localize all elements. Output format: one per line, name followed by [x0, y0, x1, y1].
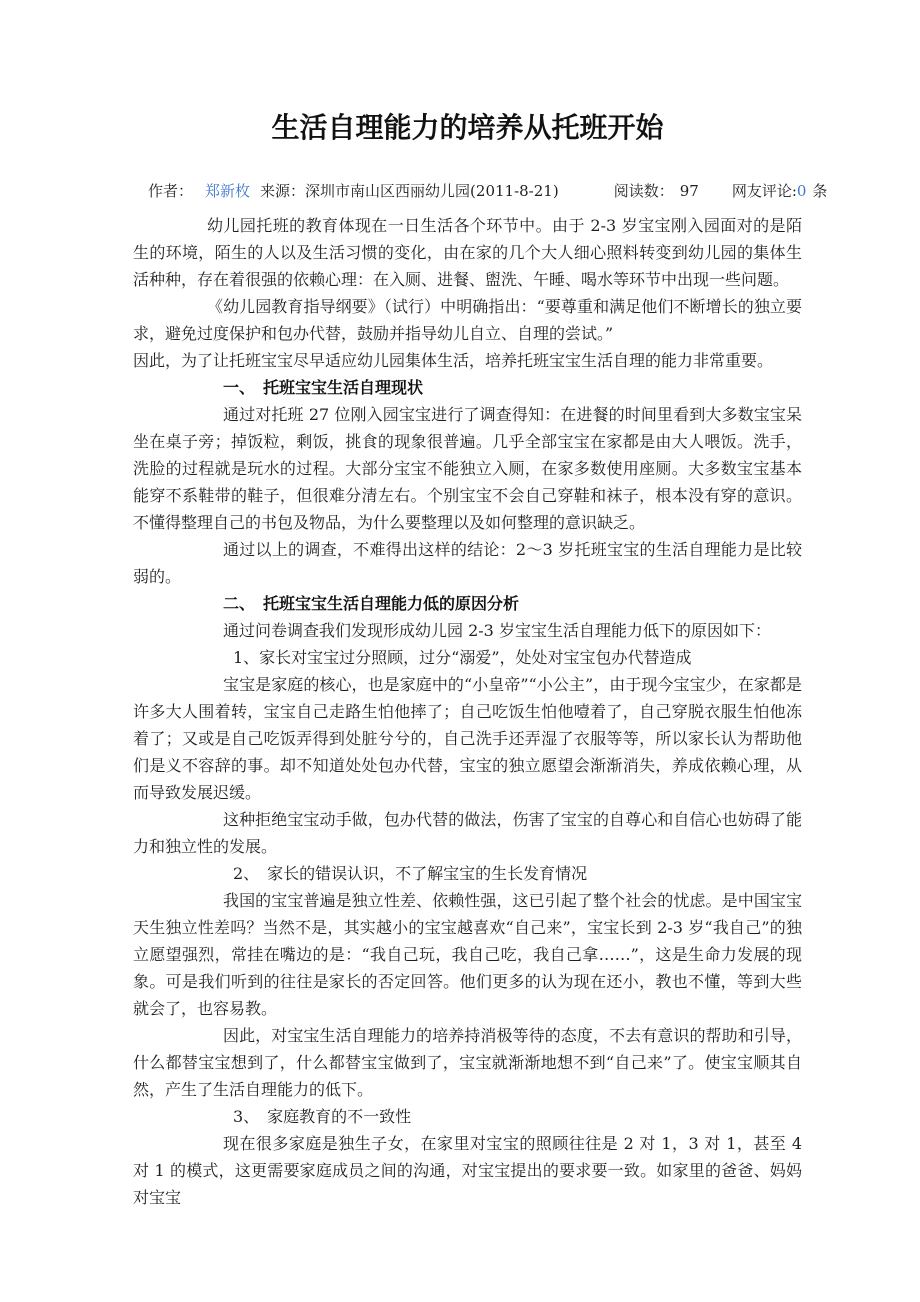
comments-unit: 条	[812, 182, 827, 200]
article-body: 幼儿园托班的教育体现在一日生活各个环节中。由于 2-3 岁宝宝刚入园面对的是陌生…	[133, 212, 802, 1211]
paragraph-survey-findings: 通过对托班 27 位刚入园宝宝进行了调查得知：在进餐的时间里看到大多数宝宝呆坐在…	[133, 401, 802, 536]
author-name-link[interactable]: 郑新枚	[205, 182, 250, 200]
subheading-reason-2: 2、 家长的错误认识，不了解宝宝的生长发育情况	[133, 860, 802, 887]
paragraph-intro: 幼儿园托班的教育体现在一日生活各个环节中。由于 2-3 岁宝宝刚入园面对的是陌生…	[133, 212, 802, 293]
source-value: 深圳市南山区西丽幼儿园(2011-8-21)	[305, 182, 559, 200]
reads-label: 阅读数：	[614, 182, 674, 200]
paragraph-questionnaire-intro: 通过问卷调查我们发现形成幼儿园 2-3 岁宝宝生活自理能力低下的原因如下：	[133, 617, 802, 644]
paragraph-importance: 因此，为了让托班宝宝尽早适应幼儿园集体生活，培养托班宝宝生活自理的能力非常重要。	[133, 347, 802, 374]
document-title: 生活自理能力的培养从托班开始	[133, 108, 802, 148]
comments-count-link[interactable]: 0	[797, 182, 807, 200]
section-heading-2: 二、 托班宝宝生活自理能力低的原因分析	[133, 590, 802, 617]
paragraph-reason-1-harm: 这种拒绝宝宝动手做，包办代替的做法，伤害了宝宝的自尊心和自信心也妨碍了能力和独立…	[133, 806, 802, 860]
paragraph-reason-1-detail: 宝宝是家庭的核心，也是家庭中的“小皇帝”“小公主”，由于现今宝宝少，在家都是许多…	[133, 671, 802, 806]
subheading-reason-3: 3、 家庭教育的不一致性	[133, 1103, 802, 1130]
paragraph-reason-3-detail: 现在很多家庭是独生子女，在家里对宝宝的照顾往往是 2 对 1，3 对 1，甚至 …	[133, 1130, 802, 1211]
section-heading-1: 一、 托班宝宝生活自理现状	[133, 374, 802, 401]
reads-count: 97	[680, 182, 699, 200]
comments-label: 网友评论:	[732, 182, 797, 200]
subheading-reason-1: 1、家长对宝宝过分照顾，过分“溺爱”，处处对宝宝包办代替造成	[133, 644, 802, 671]
paragraph-survey-conclusion: 通过以上的调查，不难得出这样的结论：2～3 岁托班宝宝的生活自理能力是比较弱的。	[133, 536, 802, 590]
paragraph-guideline-quote: 《幼儿园教育指导纲要》（试行）中明确指出：“要尊重和满足他们不断增长的独立要求，…	[133, 293, 802, 347]
document-page: 生活自理能力的培养从托班开始 作者：郑新枚来源：深圳市南山区西丽幼儿园(2011…	[0, 0, 920, 1302]
byline: 作者：郑新枚来源：深圳市南山区西丽幼儿园(2011-8-21)阅读数：97网友评…	[133, 181, 802, 201]
author-label: 作者：	[148, 182, 193, 200]
paragraph-reason-2-consequence: 因此，对宝宝生活自理能力的培养持消极等待的态度，不去有意识的帮助和引导，什么都替…	[133, 1022, 802, 1103]
source-label: 来源：	[260, 182, 305, 200]
paragraph-reason-2-detail: 我国的宝宝普遍是独立性差、依赖性强，这已引起了整个社会的忧虑。是中国宝宝天生独立…	[133, 887, 802, 1022]
